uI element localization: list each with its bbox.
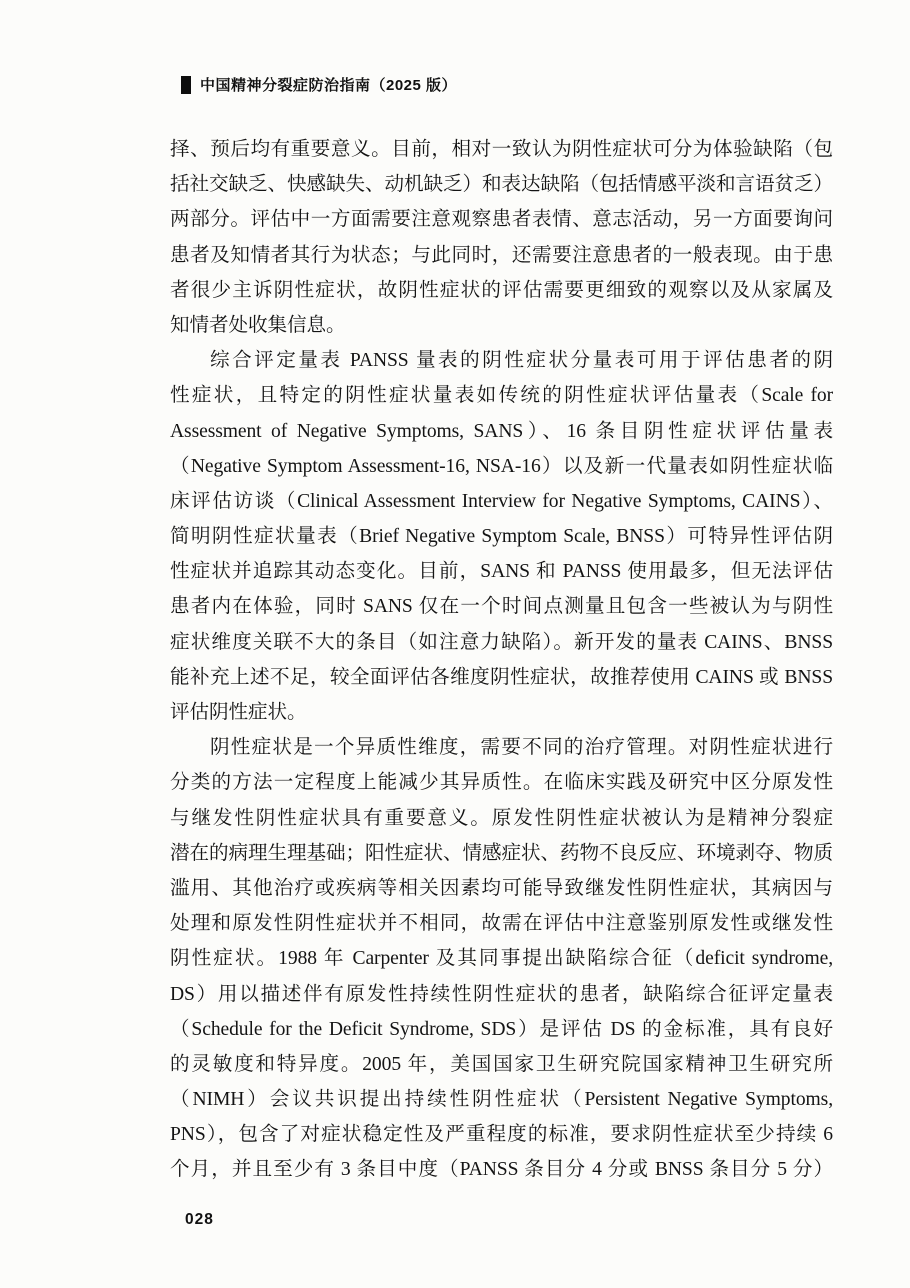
text-line: 潜在的病理生理基础；阳性症状、情感症状、药物不良反应、环境剥夺、物质: [170, 836, 833, 871]
text-line: 者很少主诉阴性症状，故阴性症状的评估需要更细致的观察以及从家属及: [170, 273, 833, 308]
text-line: 的灵敏度和特异度。2005 年，美国国家卫生研究院国家精神卫生研究所: [170, 1047, 833, 1082]
paragraph-2: 综合评定量表 PANSS 量表的阴性症状分量表可用于评估患者的阴 性症状，且特定…: [170, 343, 833, 730]
text-line: 择、预后均有重要意义。目前，相对一致认为阴性症状可分为体验缺陷（包: [170, 132, 833, 167]
page-number: 028: [185, 1211, 214, 1229]
text-line: 两部分。评估中一方面需要注意观察患者表情、意志活动，另一方面要询问: [170, 202, 833, 237]
text-line: 简明阴性症状量表（Brief Negative Symptom Scale, B…: [170, 519, 833, 554]
text-line: PNS），包含了对症状稳定性及严重程度的标准，要求阴性症状至少持续 6: [170, 1117, 833, 1152]
text-line: （NIMH）会议共识提出持续性阴性症状（Persistent Negative …: [170, 1082, 833, 1117]
text-line: 阴性症状是一个异质性维度，需要不同的治疗管理。对阴性症状进行: [170, 730, 833, 765]
text-line: 患者及知情者其行为状态；与此同时，还需要注意患者的一般表现。由于患: [170, 238, 833, 273]
text-line: 知情者处收集信息。: [170, 308, 833, 343]
text-line: 症状维度关联不大的条目（如注意力缺陷）。新开发的量表 CAINS、BNSS: [170, 625, 833, 660]
text-line: 分类的方法一定程度上能减少其异质性。在临床实践及研究中区分原发性: [170, 765, 833, 800]
text-line: 床评估访谈（Clinical Assessment Interview for …: [170, 484, 833, 519]
text-line: 综合评定量表 PANSS 量表的阴性症状分量表可用于评估患者的阴: [170, 343, 833, 378]
text-line: 与继发性阴性症状具有重要意义。原发性阴性症状被认为是精神分裂症: [170, 801, 833, 836]
page-body: 择、预后均有重要意义。目前，相对一致认为阴性症状可分为体验缺陷（包 括社交缺乏、…: [170, 132, 833, 1188]
text-line: 患者内在体验，同时 SANS 仅在一个时间点测量且包含一些被认为与阴性: [170, 589, 833, 624]
text-line: 处理和原发性阴性症状并不相同，故需在评估中注意鉴别原发性或继发性: [170, 906, 833, 941]
text-line: （Schedule for the Deficit Syndrome, SDS）…: [170, 1012, 833, 1047]
text-line: 括社交缺乏、快感缺失、动机缺乏）和表达缺陷（包括情感平淡和言语贫乏）: [170, 167, 833, 202]
text-line: 性症状，且特定的阴性症状量表如传统的阴性症状评估量表（Scale for: [170, 378, 833, 413]
paragraph-3: 阴性症状是一个异质性维度，需要不同的治疗管理。对阴性症状进行 分类的方法一定程度…: [170, 730, 833, 1187]
running-header-title: 中国精神分裂症防治指南（2025 版）: [200, 74, 457, 95]
text-line: DS）用以描述伴有原发性持续性阴性症状的患者，缺陷综合征评定量表: [170, 977, 833, 1012]
running-header: 中国精神分裂症防治指南（2025 版）: [181, 74, 457, 95]
text-line: Assessment of Negative Symptoms, SANS）、1…: [170, 414, 833, 449]
text-line: 滥用、其他治疗或疾病等相关因素均可能导致继发性阴性症状，其病因与: [170, 871, 833, 906]
paragraph-1: 择、预后均有重要意义。目前，相对一致认为阴性症状可分为体验缺陷（包 括社交缺乏、…: [170, 132, 833, 343]
document-page: 中国精神分裂症防治指南（2025 版） 择、预后均有重要意义。目前，相对一致认为…: [0, 0, 910, 1288]
text-line: 能补充上述不足，较全面评估各维度阴性症状，故推荐使用 CAINS 或 BNSS: [170, 660, 833, 695]
text-line: 个月，并且至少有 3 条目中度（PANSS 条目分 4 分或 BNSS 条目分 …: [170, 1152, 833, 1187]
text-line: 性症状并追踪其动态变化。目前，SANS 和 PANSS 使用最多，但无法评估: [170, 554, 833, 589]
text-line: 阴性症状。1988 年 Carpenter 及其同事提出缺陷综合征（defici…: [170, 941, 833, 976]
text-line: 评估阴性症状。: [170, 695, 833, 730]
chapter-marker-icon: [181, 76, 191, 94]
text-line: （Negative Symptom Assessment-16, NSA-16）…: [170, 449, 833, 484]
